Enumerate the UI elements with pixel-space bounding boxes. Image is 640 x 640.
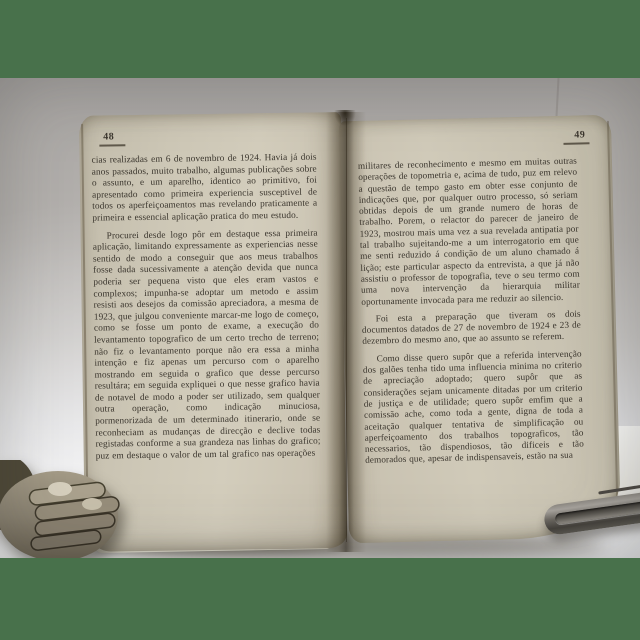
page-number-rule-left [99,144,125,146]
metal-clip-rod [598,480,640,494]
hand-fingertip-highlight [82,498,102,510]
metal-clip [538,468,640,558]
metal-clip-groove [555,499,640,524]
page-number-right: 49 [574,129,585,140]
open-book-photo: 48 cias realizadas em 6 de novembro de 1… [0,78,640,558]
left-page-text: cias realizadas em 6 de novembro de 1924… [92,153,321,464]
page-number-rule-right [563,142,589,144]
hand-fingertip-highlight [48,482,72,496]
right-page-text: militares de reconhecimento e mesmo em m… [358,156,584,467]
paragraph: cias realizadas em 6 de novembro de 1924… [92,153,318,226]
paragraph: Como disse quero supôr que a referida in… [363,348,585,466]
pewter-hand-sculpture [0,460,146,558]
paragraph: Procurei desde logo pôr em destaque essa… [93,228,321,463]
background-band-bottom [0,558,640,640]
metal-clip-blade [542,490,640,536]
paragraph: militares de reconhecimento e mesmo em m… [358,156,581,308]
page-number-left: 48 [103,131,114,142]
background-band-top [0,0,640,78]
paragraph: Foi esta a preparação que tiveram os doi… [362,308,582,347]
